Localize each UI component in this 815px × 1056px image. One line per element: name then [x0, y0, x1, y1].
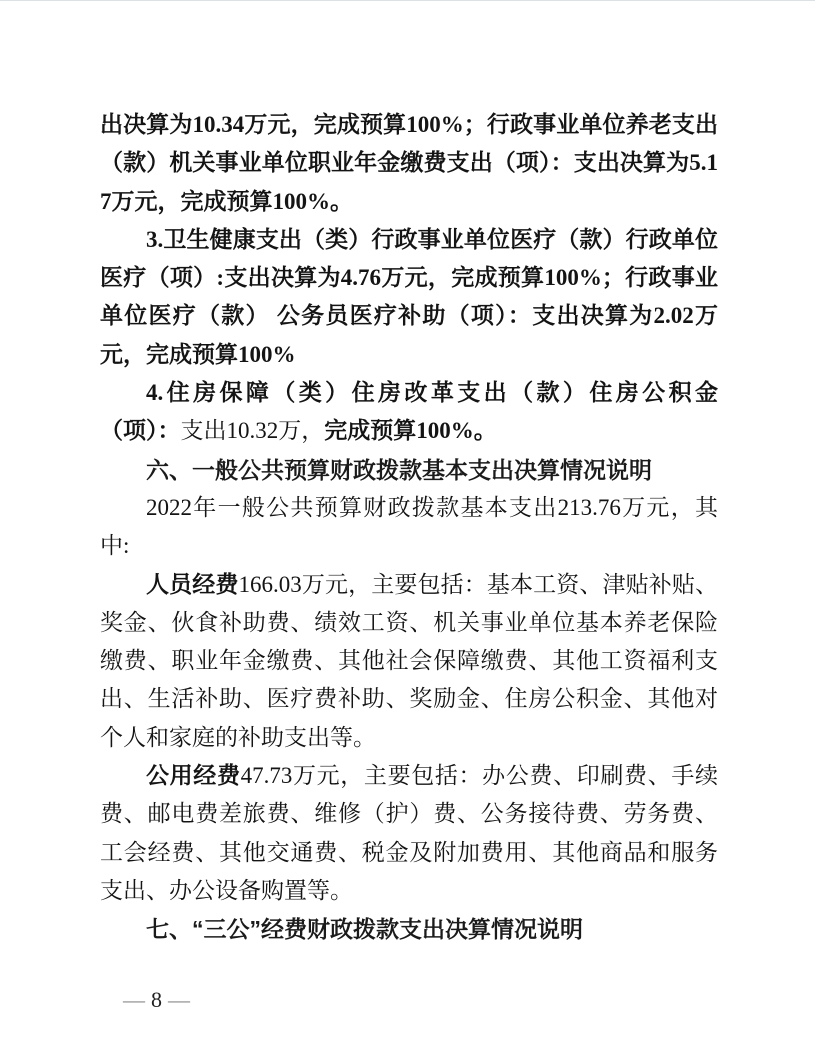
text-run: 完成预算100%。: [324, 418, 497, 443]
heading-section-six: 六、一般公共预算财政拨款基本支出决算情况说明: [100, 451, 718, 489]
text-run: 166.03万元，主要包括：基本工资、津贴补贴、奖金、伙食补助费、绩效工资、机关…: [100, 572, 718, 750]
text-run: 公用经费: [146, 763, 241, 788]
page-number-dash-right: —: [162, 987, 196, 1012]
heading-text: 六、一般公共预算财政拨款基本支出决算情况说明: [146, 457, 652, 483]
document-page: 出决算为10.34万元，完成预算100%；行政事业单位养老支出（款）机关事业单位…: [0, 0, 815, 1056]
heading-section-seven: 七、“三公”经费财政拨款支出决算情况说明: [100, 910, 718, 948]
paragraph-personnel-funds: 人员经费166.03万元，主要包括：基本工资、津贴补贴、奖金、伙食补助费、绩效工…: [100, 566, 718, 757]
paragraph-public-funds: 公用经费47.73万元，主要包括：办公费、印刷费、手续费、邮电费差旅费、维修（护…: [100, 757, 718, 910]
text-run: 3.卫生健康支出（类）行政事业单位医疗（款）行政单位医疗（项）:支出决算为4.7…: [100, 227, 718, 367]
text-run: 支出10.32万，: [181, 418, 325, 443]
document-body: 出决算为10.34万元，完成预算100%；行政事业单位养老支出（款）机关事业单位…: [100, 106, 718, 949]
heading-text: 七、“三公”经费财政拨款支出决算情况说明: [146, 916, 583, 942]
text-run: 人员经费: [146, 572, 239, 597]
paragraph-pension-continuation: 出决算为10.34万元，完成预算100%；行政事业单位养老支出（款）机关事业单位…: [100, 106, 718, 221]
page-number: —8—: [117, 987, 196, 1013]
paragraph-housing-security: 4.住房保障（类）住房改革支出（款）住房公积金（项）：支出10.32万，完成预算…: [100, 374, 718, 451]
text-run: 2022年一般公共预算财政拨款基本支出213.76万元，其中:: [100, 495, 718, 558]
page-number-value: 8: [151, 987, 162, 1012]
paragraph-health-expenditure: 3.卫生健康支出（类）行政事业单位医疗（款）行政单位医疗（项）:支出决算为4.7…: [100, 221, 718, 374]
page-number-dash-left: —: [117, 987, 151, 1012]
text-run: 出决算为10.34万元，完成预算100%；行政事业单位养老支出（款）机关事业单位…: [100, 112, 718, 214]
paragraph-basic-expenditure-total: 2022年一般公共预算财政拨款基本支出213.76万元，其中:: [100, 489, 718, 566]
